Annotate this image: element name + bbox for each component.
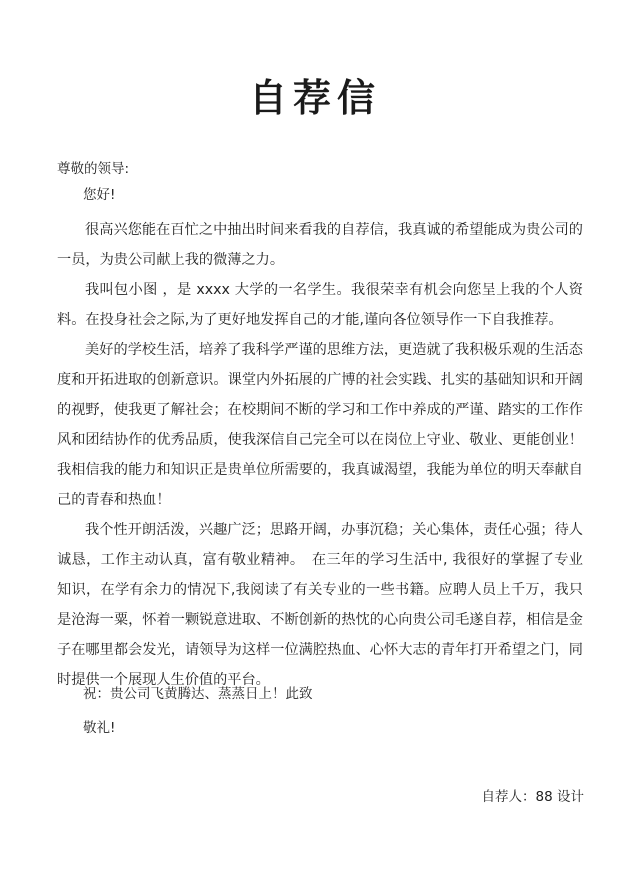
closing-wish: 祝：贵公司飞黄腾达、蒸蒸日上！此致 (83, 684, 313, 704)
closing-regards: 敬礼! (83, 718, 115, 738)
letter-body: 很高兴您能在百忙之中抽出时间来看我的自荐信，我真诚的希望能成为贵公司的一员，为贵… (57, 215, 583, 695)
paragraph-intro: 很高兴您能在百忙之中抽出时间来看我的自荐信，我真诚的希望能成为贵公司的一员，为贵… (57, 215, 583, 275)
paragraph-self-introduction: 我叫包小图 ，是 xxxx 大学的一名学生。我很荣幸有机会向您呈上我的个人资料。… (57, 275, 583, 335)
page-title: 自荐信 (0, 74, 630, 122)
greeting: 您好! (83, 185, 115, 205)
paragraph-education: 美好的学校生活，培养了我科学严谨的思维方法，更造就了我积极乐观的生活态度和开拓进… (57, 335, 583, 515)
salutation: 尊敬的领导: (57, 159, 129, 179)
paragraph-personality: 我个性开朗活泼，兴趣广泛；思路开阔，办事沉稳；关心集体，责任心强；待人诚恳，工作… (57, 515, 583, 695)
signature: 自荐人：88 设计 (482, 787, 584, 807)
